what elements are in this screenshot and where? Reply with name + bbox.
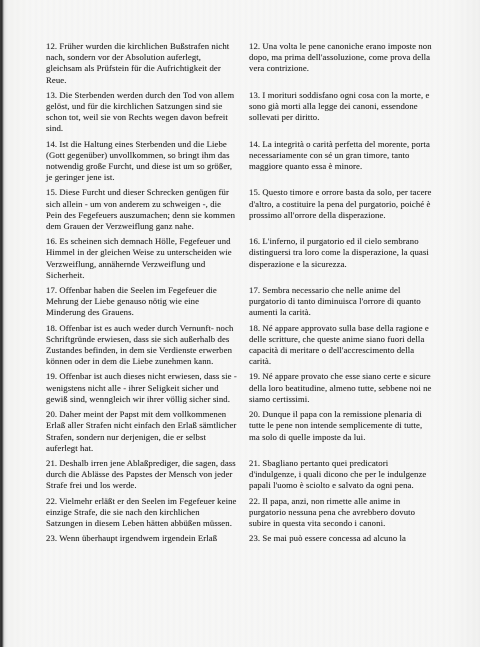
thesis-23-german: 23. Wenn überhaupt irgendwem irgendein E…: [46, 533, 238, 544]
thesis-row-20: 20. Daher meint der Papst mit dem vollko…: [46, 409, 436, 454]
thesis-22-german: 22. Vielmehr erläßt er den Seelen im Feg…: [46, 496, 238, 530]
thesis-row-23: 23. Wenn überhaupt irgendwem irgendein E…: [46, 533, 436, 544]
thesis-12-italian: 12. Una volta le pene canoniche erano im…: [249, 41, 435, 86]
thesis-20-italian: 20. Dunque il papa con la remissione ple…: [249, 409, 435, 454]
thesis-18-italian: 18. Né appare approvato sulla base della…: [249, 323, 435, 368]
thesis-22-italian: 22. Il papa, anzi, non rimette alle anim…: [249, 496, 435, 530]
thesis-14-italian: 14. La integrità o carità perfetta del m…: [249, 139, 435, 184]
thesis-21-italian: 21. Sbagliano pertanto quei predicatori …: [249, 458, 435, 492]
thesis-row-22: 22. Vielmehr erläßt er den Seelen im Feg…: [46, 496, 436, 530]
theses-list: 12. Früher wurden die kirchlichen Bußstr…: [46, 41, 436, 548]
thesis-row-13: 13. Die Sterbenden werden durch den Tod …: [46, 90, 436, 135]
thesis-16-italian: 16. L'inferno, il purgatorio ed il cielo…: [249, 236, 435, 281]
thesis-12-german: 12. Früher wurden die kirchlichen Bußstr…: [46, 41, 238, 86]
scan-edge-shadow: [0, 0, 8, 647]
thesis-row-15: 15. Diese Furcht und dieser Schrecken ge…: [46, 187, 436, 232]
document-page: 12. Früher wurden die kirchlichen Bußstr…: [0, 0, 480, 647]
thesis-23-italian: 23. Se mai può essere concessa ad alcuno…: [249, 533, 435, 544]
thesis-row-21: 21. Deshalb irren jene Ablaßprediger, di…: [46, 458, 436, 492]
thesis-row-17: 17. Offenbar haben die Seelen im Fegefeu…: [46, 285, 436, 319]
thesis-row-19: 19. Offenbar ist auch dieses nicht erwie…: [46, 371, 436, 405]
thesis-16-german: 16. Es scheinen sich demnach Hölle, Fege…: [46, 236, 238, 281]
thesis-row-18: 18. Offenbar ist es auch weder durch Ver…: [46, 323, 436, 368]
thesis-18-german: 18. Offenbar ist es auch weder durch Ver…: [46, 323, 238, 368]
thesis-row-14: 14. Ist die Haltung eines Sterbenden und…: [46, 139, 436, 184]
thesis-13-german: 13. Die Sterbenden werden durch den Tod …: [46, 90, 238, 135]
thesis-row-12: 12. Früher wurden die kirchlichen Bußstr…: [46, 41, 436, 86]
thesis-19-italian: 19. Né appare provato che esse siano cer…: [249, 371, 435, 405]
thesis-21-german: 21. Deshalb irren jene Ablaßprediger, di…: [46, 458, 238, 492]
thesis-17-german: 17. Offenbar haben die Seelen im Fegefeu…: [46, 285, 238, 319]
thesis-15-italian: 15. Questo timore e orrore basta da solo…: [249, 187, 435, 232]
thesis-15-german: 15. Diese Furcht und dieser Schrecken ge…: [46, 187, 238, 232]
thesis-17-italian: 17. Sembra necessario che nelle anime de…: [249, 285, 435, 319]
thesis-13-italian: 13. I morituri soddisfano ogni cosa con …: [249, 90, 435, 135]
scanned-page: { "theses": [ { "number": "12", "german"…: [0, 0, 480, 647]
thesis-14-german: 14. Ist die Haltung eines Sterbenden und…: [46, 139, 238, 184]
thesis-20-german: 20. Daher meint der Papst mit dem vollko…: [46, 409, 238, 454]
thesis-19-german: 19. Offenbar ist auch dieses nicht erwie…: [46, 371, 238, 405]
thesis-row-16: 16. Es scheinen sich demnach Hölle, Fege…: [46, 236, 436, 281]
